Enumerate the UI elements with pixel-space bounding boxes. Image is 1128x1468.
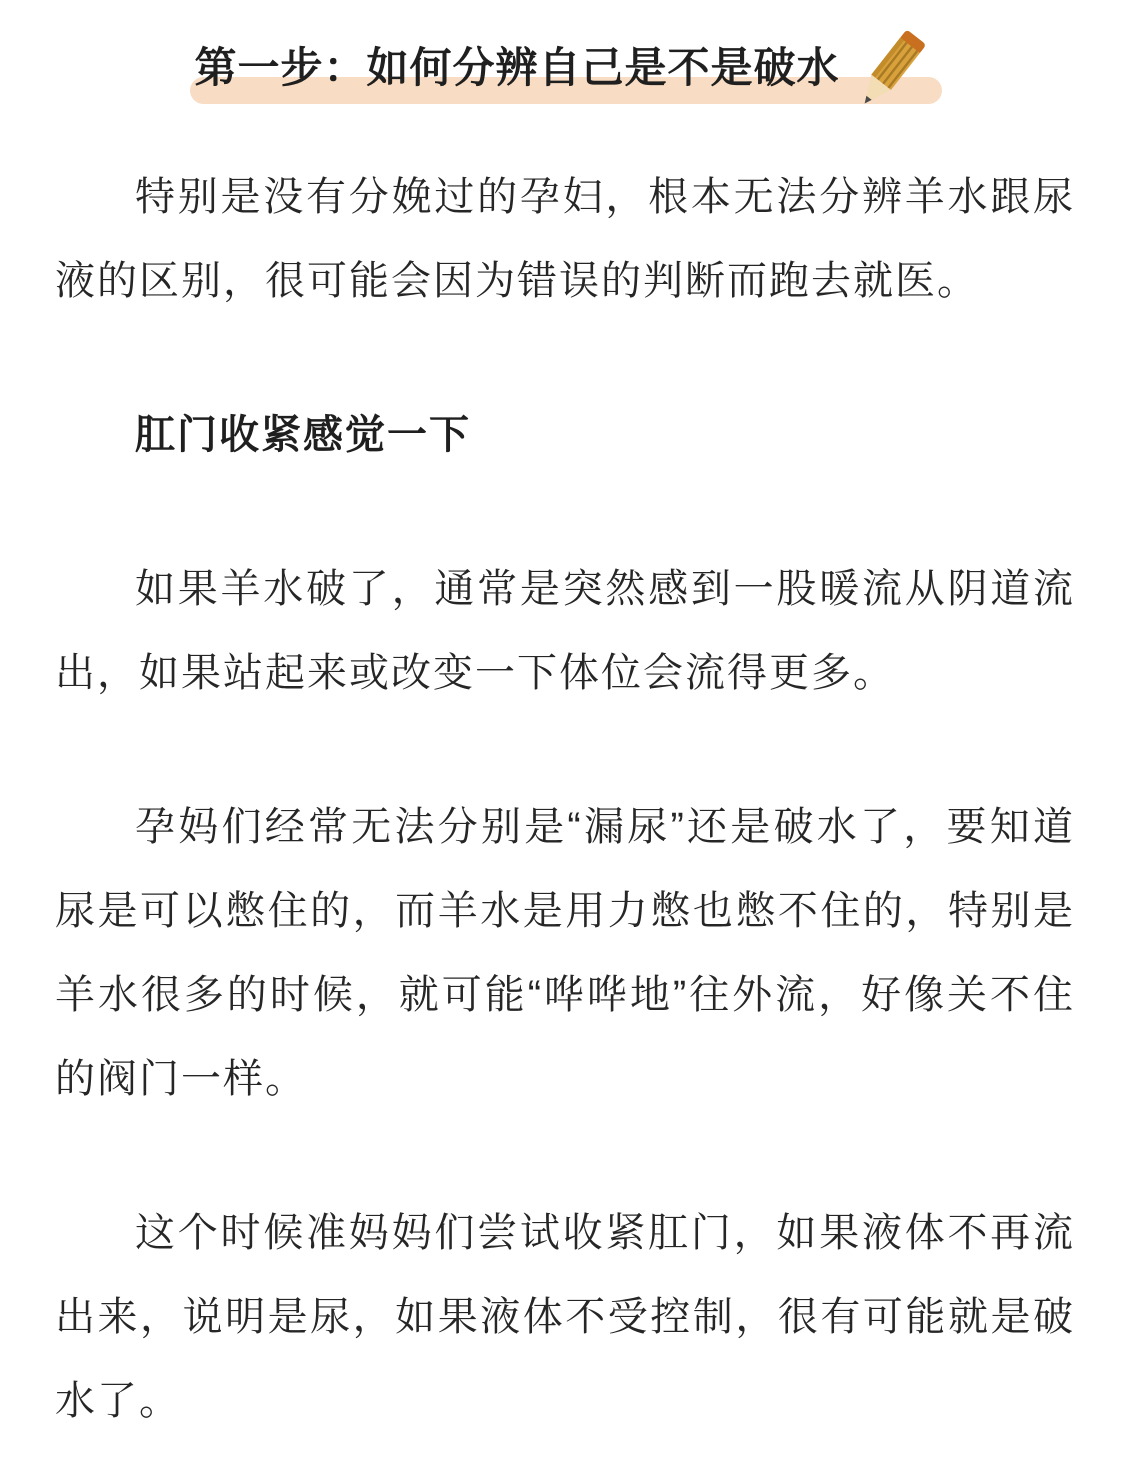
- paragraph-4: 这个时候准妈妈们尝试收紧肛门，如果液体不再流出来，说明是尿，如果液体不受控制，很…: [55, 1191, 1075, 1443]
- paragraph-1: 特别是没有分娩过的孕妇，根本无法分辨羊水跟尿液的区别，很可能会因为错误的判断而跑…: [55, 155, 1075, 323]
- paragraph-2: 如果羊水破了，通常是突然感到一股暖流从阴道流出，如果站起来或改变一下体位会流得更…: [55, 547, 1075, 715]
- article-header: 第一步：如何分辨自己是不是破水: [55, 25, 1075, 103]
- pencil-icon: [844, 25, 936, 117]
- title-wrap: 第一步：如何分辨自己是不是破水: [194, 25, 935, 103]
- article-body: 特别是没有分娩过的孕妇，根本无法分辨羊水跟尿液的区别，很可能会因为错误的判断而跑…: [55, 155, 1075, 1443]
- paragraph-3: 孕妈们经常无法分别是“漏尿”还是破水了，要知道尿是可以憋住的，而羊水是用力憋也憋…: [55, 785, 1075, 1121]
- article-page: 第一步：如何分辨自己是不是破水 特别是没有分娩过的孕妇，根本无法分辨羊水跟尿液的…: [0, 0, 1128, 1468]
- subheading: 肛门收紧感觉一下: [55, 393, 1075, 477]
- page-title: 第一步：如何分辨自己是不是破水: [194, 32, 839, 103]
